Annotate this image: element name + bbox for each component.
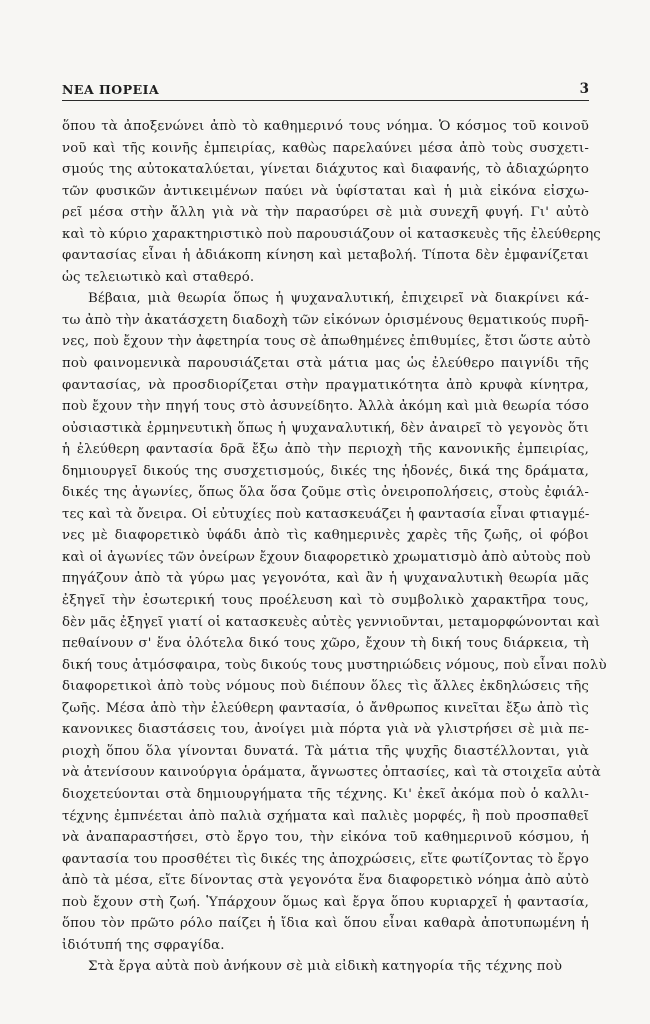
text-line: ρεῖ μέσα στὴν ἄλλη γιὰ νὰ τὴν παρασύρει … — [62, 202, 589, 224]
text-line: διοχετεύονται στὰ δημιουργήματα τῆς τέχν… — [62, 784, 589, 806]
text-line: φαντασία του προσθέτει τὶς δικές της ἀπο… — [62, 849, 589, 871]
text-line: φαντασίας, νὰ προσδιορίζεται στὴν πραγμα… — [62, 375, 589, 397]
text-line: Βέβαια, μιὰ θεωρία ὅπως ἡ ψυχαναλυτική, … — [62, 288, 589, 310]
running-header: ΝΕΑ ΠΟΡΕΙΑ 3 — [62, 80, 589, 101]
body-text: ὅπου τὰ ἀποξενώνει ἀπὸ τὸ καθημερινό του… — [62, 116, 589, 978]
text-line: νοῦ καὶ τῆς κοινῆς ἐμπειρίας, καθὼς παρε… — [62, 138, 589, 160]
text-line: ἀπὸ τὰ μέσα, εἴτε δίνοντας στὰ γεγονότα … — [62, 870, 589, 892]
text-line: ποὺ ἔχουν στὴ ζωή. Ὑπάρχουν ὅμως καὶ ἔργ… — [62, 892, 589, 914]
text-line: διαφορετικοὶ ἀπὸ τοὺς νόμους ποὺ διέπουν… — [62, 676, 589, 698]
text-line: δικές της ἀγωνίες, ὅπως ὅλα ὅσα ζοῦμε στ… — [62, 482, 589, 504]
running-title: ΝΕΑ ΠΟΡΕΙΑ — [62, 82, 159, 97]
text-line: τέχνης ἐμπνέεται ἀπὸ παλιὰ σχήματα καὶ π… — [62, 806, 589, 828]
text-line: ὅπου τὰ ἀποξενώνει ἀπὸ τὸ καθημερινό του… — [62, 116, 589, 138]
text-line: τες καὶ τὰ ὄνειρα. Οἱ εὐτυχίες ποὺ κατασ… — [62, 504, 589, 526]
text-line: ποὺ ἔχουν τὴν πηγή τους στὸ ἀσυνείδητο. … — [62, 396, 589, 418]
text-line: ἡ ἐλεύθερη φαντασία δρᾶ ἔξω ἀπὸ τὴν περι… — [62, 439, 589, 461]
text-line: νες, ποὺ ἔχουν τὴν ἀφετηρία τους σὲ ἀπωθ… — [62, 331, 589, 353]
text-line: καὶ οἱ ἀγωνίες τῶν ὀνείρων ἔχουν διαφορε… — [62, 547, 589, 569]
text-line: δική τους ἀτμόσφαιρα, τοὺς δικούς τους μ… — [62, 655, 589, 677]
text-line: τω ἀπὸ τὴν ἀκατάσχετη διαδοχὴ τῶν εἰκόνω… — [62, 310, 589, 332]
text-line: νὰ ἀτενίσουν καινούργια ὁράματα, ἄγνωστε… — [62, 762, 589, 784]
text-line: καὶ τὸ κύριο χαρακτηριστικὸ ποὺ παρουσιά… — [62, 224, 589, 246]
text-line: φαντασίας εἶναι ἡ ἀδιάκοπη κίνηση καὶ με… — [62, 245, 589, 267]
text-line: Στὰ ἔργα αὐτὰ ποὺ ἀνήκουν σὲ μιὰ εἰδικὴ … — [62, 956, 589, 978]
text-line: νες μὲ διαφορετικὸ ὑφάδι ἀπὸ τὶς καθημερ… — [62, 525, 589, 547]
text-line: πηγάζουν ἀπὸ τὰ γύρω μας γεγονότα, καὶ ἂ… — [62, 568, 589, 590]
text-line: ριοχὴ ὅπου ὅλα γίνονται δυνατά. Τὰ μάτια… — [62, 741, 589, 763]
text-line: ποὺ φαινομενικὰ παρουσιάζεται στὰ μάτια … — [62, 353, 589, 375]
text-line: κανονικες διαστάσεις του, ἀνοίγει μιὰ πό… — [62, 719, 589, 741]
text-line: τῶν φυσικῶν ἀντικειμένων παύει νὰ ὑφίστα… — [62, 181, 589, 203]
text-line: ὅπου τὸν πρῶτο ρόλο παίζει ἡ ἴδια καὶ ὅπ… — [62, 913, 589, 935]
text-line: νὰ ἀναπαραστήσει, στὸ ἔργο του, τὴν εἰκό… — [62, 827, 589, 849]
text-line: ἰδιότυπή της σφραγίδα. — [62, 935, 589, 957]
text-line: οὐσιαστικὰ ἑρμηνευτικὴ ὅπως ἡ ψυχαναλυτι… — [62, 418, 589, 440]
text-line: δημιουργεῖ δικούς της συσχετισμούς, δικέ… — [62, 461, 589, 483]
text-line: ζωῆς. Μέσα ἀπὸ τὴν ἐλεύθερη φαντασία, ὁ … — [62, 698, 589, 720]
paragraph: Στὰ ἔργα αὐτὰ ποὺ ἀνήκουν σὲ μιὰ εἰδικὴ … — [62, 956, 589, 978]
page-number: 3 — [580, 81, 589, 97]
text-line: ἐξηγεῖ τὴν ἐσωτερική τους προέλευση καὶ … — [62, 590, 589, 612]
text-line: πεθαίνουν σ' ἕνα ὁλότελα δικό τους χῶρο,… — [62, 633, 589, 655]
text-line: δὲν μᾶς ἐξηγεῖ γιατί οἱ κατασκευὲς αὐτὲς… — [62, 612, 589, 634]
text-line: σμούς της αὐτοκαταλύεται, γίνεται διάχυτ… — [62, 159, 589, 181]
paragraph: Βέβαια, μιὰ θεωρία ὅπως ἡ ψυχαναλυτική, … — [62, 288, 589, 956]
paragraph: ὅπου τὰ ἀποξενώνει ἀπὸ τὸ καθημερινό του… — [62, 116, 589, 288]
text-line: ὡς τελειωτικὸ καὶ σταθερό. — [62, 267, 589, 289]
